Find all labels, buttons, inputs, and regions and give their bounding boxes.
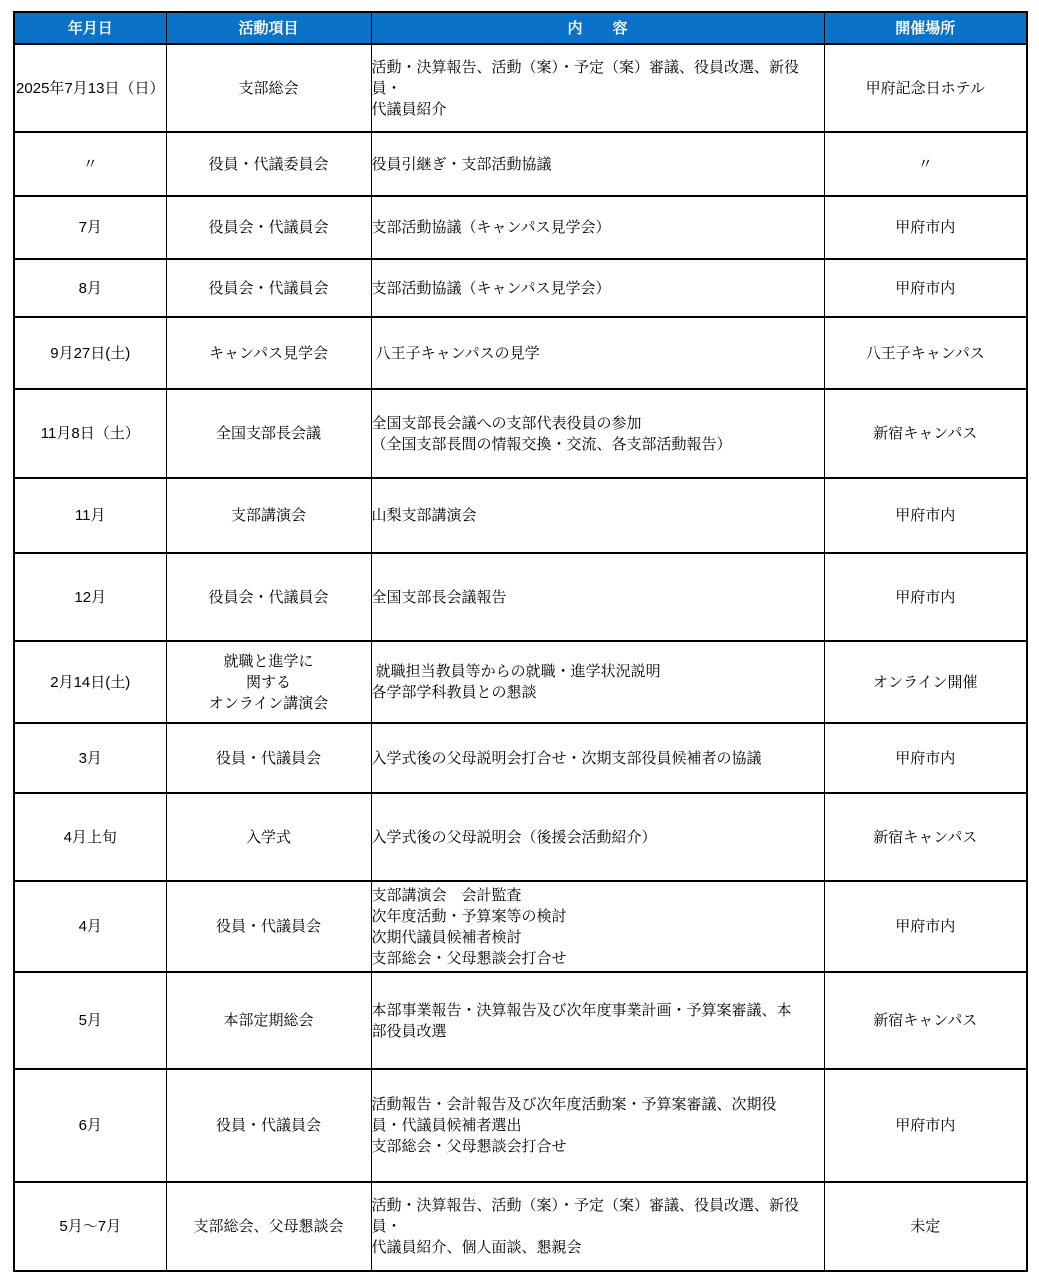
cell-activity: 役員・代議員会 [166,1069,371,1182]
cell-content: 活動・決算報告、活動（案）・予定（案）審議、役員改選、新役員・ 代議員紹介 [371,44,824,132]
cell-date: 12月 [14,553,166,641]
cell-date: 4月上旬 [14,793,166,881]
table-row: 4月 役員・代議員会 支部講演会 会計監査 次年度活動・予算案等の検討 次期代議… [14,881,1027,972]
table-row: 9月27日(土) キャンパス見学会 八王子キャンパスの見学 八王子キャンパス [14,317,1027,389]
cell-activity: 本部定期総会 [166,972,371,1069]
cell-content: 支部講演会 会計監査 次年度活動・予算案等の検討 次期代議員候補者検討 支部総会… [371,881,824,972]
table-row: 〃 役員・代議委員会 役員引継ぎ・支部活動協議 〃 [14,132,1027,196]
cell-venue: 甲府市内 [824,881,1027,972]
cell-date: 11月8日（土） [14,389,166,478]
cell-activity: 役員・代議委員会 [166,132,371,196]
cell-venue: オンライン開催 [824,641,1027,723]
cell-content: 全国支部長会議報告 [371,553,824,641]
cell-date: 6月 [14,1069,166,1182]
col-header-date: 年月日 [14,12,166,44]
cell-venue: 甲府市内 [824,723,1027,793]
table-row: 4月上旬 入学式 入学式後の父母説明会（後援会活動紹介） 新宿キャンパス [14,793,1027,881]
cell-content: 全国支部長会議への支部代表役員の参加 （全国支部長間の情報交換・交流、各支部活動… [371,389,824,478]
cell-date: 7月 [14,196,166,259]
cell-date: 〃 [14,132,166,196]
cell-date: 3月 [14,723,166,793]
cell-content: 役員引継ぎ・支部活動協議 [371,132,824,196]
cell-venue: 甲府市内 [824,478,1027,553]
cell-content: 山梨支部講演会 [371,478,824,553]
cell-date: 8月 [14,259,166,317]
cell-venue: 甲府市内 [824,553,1027,641]
cell-content: 入学式後の父母説明会打合せ・次期支部役員候補者の協議 [371,723,824,793]
cell-venue: 甲府記念日ホテル [824,44,1027,132]
cell-venue: 甲府市内 [824,259,1027,317]
cell-content: 活動報告・会計報告及び次年度活動案・予算案審議、次期役 員・代議員候補者選出 支… [371,1069,824,1182]
table-header-row: 年月日 活動項目 内 容 開催場所 [14,12,1027,44]
cell-activity: 役員・代議員会 [166,723,371,793]
table-row: 5月 本部定期総会 本部事業報告・決算報告及び次年度事業計画・予算案審議、本 部… [14,972,1027,1069]
cell-venue: 甲府市内 [824,1069,1027,1182]
cell-venue: 八王子キャンパス [824,317,1027,389]
cell-venue: 甲府市内 [824,196,1027,259]
cell-content: 八王子キャンパスの見学 [371,317,824,389]
cell-activity: 支部講演会 [166,478,371,553]
table-row: 5月～7月 支部総会、父母懇談会 活動・決算報告、活動（案）・予定（案）審議、役… [14,1182,1027,1271]
cell-activity: 入学式 [166,793,371,881]
table-row: 12月 役員会・代議員会 全国支部長会議報告 甲府市内 [14,553,1027,641]
cell-venue: 新宿キャンパス [824,389,1027,478]
table-row: 11月 支部講演会 山梨支部講演会 甲府市内 [14,478,1027,553]
table-row: 2月14日(土) 就職と進学に 関する オンライン講演会 就職担当教員等からの就… [14,641,1027,723]
cell-content: 就職担当教員等からの就職・進学状況説明 各学部学科教員との懇談 [371,641,824,723]
cell-content: 本部事業報告・決算報告及び次年度事業計画・予算案審議、本 部役員改選 [371,972,824,1069]
cell-activity: 支部総会 [166,44,371,132]
cell-content: 活動・決算報告、活動（案）・予定（案）審議、役員改選、新役員・ 代議員紹介、個人… [371,1182,824,1271]
table-row: 7月 役員会・代議員会 支部活動協議（キャンパス見学会） 甲府市内 [14,196,1027,259]
table-row: 3月 役員・代議員会 入学式後の父母説明会打合せ・次期支部役員候補者の協議 甲府… [14,723,1027,793]
cell-date: 4月 [14,881,166,972]
cell-venue: 新宿キャンパス [824,972,1027,1069]
cell-date: 2月14日(土) [14,641,166,723]
cell-activity: 役員会・代議員会 [166,196,371,259]
activity-schedule-table: 年月日 活動項目 内 容 開催場所 2025年7月13日（日） 支部総会 活動・… [13,11,1028,1272]
table-row: 2025年7月13日（日） 支部総会 活動・決算報告、活動（案）・予定（案）審議… [14,44,1027,132]
cell-date: 5月 [14,972,166,1069]
cell-activity: キャンパス見学会 [166,317,371,389]
table-row: 11月8日（土） 全国支部長会議 全国支部長会議への支部代表役員の参加 （全国支… [14,389,1027,478]
table-row: 6月 役員・代議員会 活動報告・会計報告及び次年度活動案・予算案審議、次期役 員… [14,1069,1027,1182]
cell-activity: 全国支部長会議 [166,389,371,478]
cell-venue: 新宿キャンパス [824,793,1027,881]
cell-activity: 役員会・代議員会 [166,553,371,641]
table-row: 8月 役員会・代議員会 支部活動協議（キャンパス見学会） 甲府市内 [14,259,1027,317]
cell-date: 11月 [14,478,166,553]
cell-activity: 支部総会、父母懇談会 [166,1182,371,1271]
cell-activity: 役員会・代議員会 [166,259,371,317]
cell-content: 入学式後の父母説明会（後援会活動紹介） [371,793,824,881]
cell-activity: 就職と進学に 関する オンライン講演会 [166,641,371,723]
col-header-venue: 開催場所 [824,12,1027,44]
cell-venue: 〃 [824,132,1027,196]
col-header-activity: 活動項目 [166,12,371,44]
cell-activity: 役員・代議員会 [166,881,371,972]
schedule-page: 年月日 活動項目 内 容 開催場所 2025年7月13日（日） 支部総会 活動・… [0,0,1039,1285]
col-header-content: 内 容 [371,12,824,44]
cell-date: 5月～7月 [14,1182,166,1271]
cell-content: 支部活動協議（キャンパス見学会） [371,259,824,317]
cell-content: 支部活動協議（キャンパス見学会） [371,196,824,259]
cell-date: 9月27日(土) [14,317,166,389]
cell-venue: 未定 [824,1182,1027,1271]
cell-date: 2025年7月13日（日） [14,44,166,132]
